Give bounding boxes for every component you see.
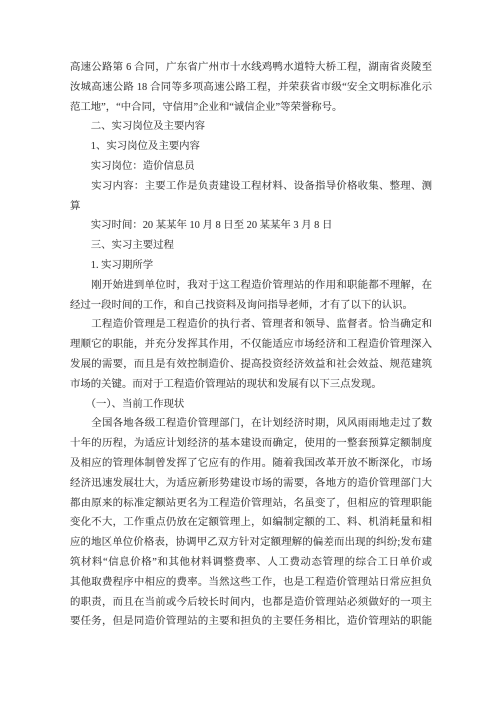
text-line: 经过一段时间的工作，和自己找资料及询问指导老师，才有了以下的认识。 [70,296,432,316]
document-page: 高速公路第 6 合同，广东省广州市十水线鸡鸭水道特大桥工程，湖南省炎陵至汝城高速… [0,0,500,707]
text-line: 的职责，而且在当前或今后较长时间内，也都是造价管理站必须做好的一项主 [70,593,432,613]
text-line: 及相应的管理体制曾发挥了它应有的作用。随着我国改革开放不断深化，市场 [70,454,432,474]
text-line: 汝城高速公路 18 合同等多项高速公路工程，并荣获省市级“安全文明标准化示 [70,78,432,98]
text-line: 高速公路第 6 合同，广东省广州市十水线鸡鸭水道特大桥工程，湖南省炎陵至 [70,58,432,78]
text-line: 范工地”，“中合同，守信用”企业和“诚信企业”等荣誉称号。 [70,98,432,118]
text-line: 市场的关键。而对于工程造价管理站的现状和发展有以下三点发现。 [70,375,432,395]
text-line: 经济迅速发展壮大，为适应新形势建设市场的需要，各地方的造价管理部门大 [70,474,432,494]
text-line: 二、实习岗位及主要内容 [70,117,432,137]
text-line: 刚开始进到单位时，我对于这工程造价管理站的作用和职能都不理解，在 [70,276,432,296]
text-line: 筑材料“信息价格”和其他材料调整费率、人工费动态管理的综合工日单价或 [70,553,432,573]
text-line: 算 [70,197,432,217]
text-line: 十年的历程，为适应计划经济的基本建设而确定，使用的一整套预算定额制度 [70,434,432,454]
text-line: 理顺它的职能，并充分发挥其作用，不仅能适应市场经济和工程造价管理深入 [70,335,432,355]
text-line: 实习岗位：造价信息员 [70,157,432,177]
text-line: 工程造价管理是工程造价的执行者、管理者和领导、监督者。恰当确定和 [70,315,432,335]
text-line: 要任务，但是同造价管理站的主要和担负的主要任务相比，造价管理站的职能 [70,612,432,632]
text-line: 1、实习岗位及主要内容 [70,137,432,157]
text-line: 实习时间：20 某某年 10 月 8 日至 20 某某年 3 月 8 日 [70,216,432,236]
text-line: 都由原来的标准定额站更名为工程造价管理站，名虽变了，但相应的管理职能 [70,494,432,514]
text-line: 其他取费程序中相应的费率。当然这些工作，也是工程造价管理站日常应担负 [70,573,432,593]
text-line: 发展的需要，而且是有效控制造价、提高投资经济效益和社会效益、规范建筑 [70,355,432,375]
text-line: 实习内容：主要工作是负责建设工程材料、设备指导价格收集、整理、测 [70,177,432,197]
text-line: （一）、当前工作现状 [70,395,432,415]
text-line: 全国各地各级工程造价管理部门，在计划经济时期，风风雨雨地走过了数 [70,414,432,434]
text-line: 变化不大，工作重点仍放在定额管理上，如编制定额的工、料、机消耗量和相 [70,513,432,533]
text-line: 三、实习主要过程 [70,236,432,256]
text-line: 应的地区单位价格表，协调甲乙双方针对定额理解的偏差而出现的纠纷;发布建 [70,533,432,553]
document-text: 高速公路第 6 合同，广东省广州市十水线鸡鸭水道特大桥工程，湖南省炎陵至汝城高速… [70,58,432,632]
text-line: 1. 实习期所学 [70,256,432,276]
